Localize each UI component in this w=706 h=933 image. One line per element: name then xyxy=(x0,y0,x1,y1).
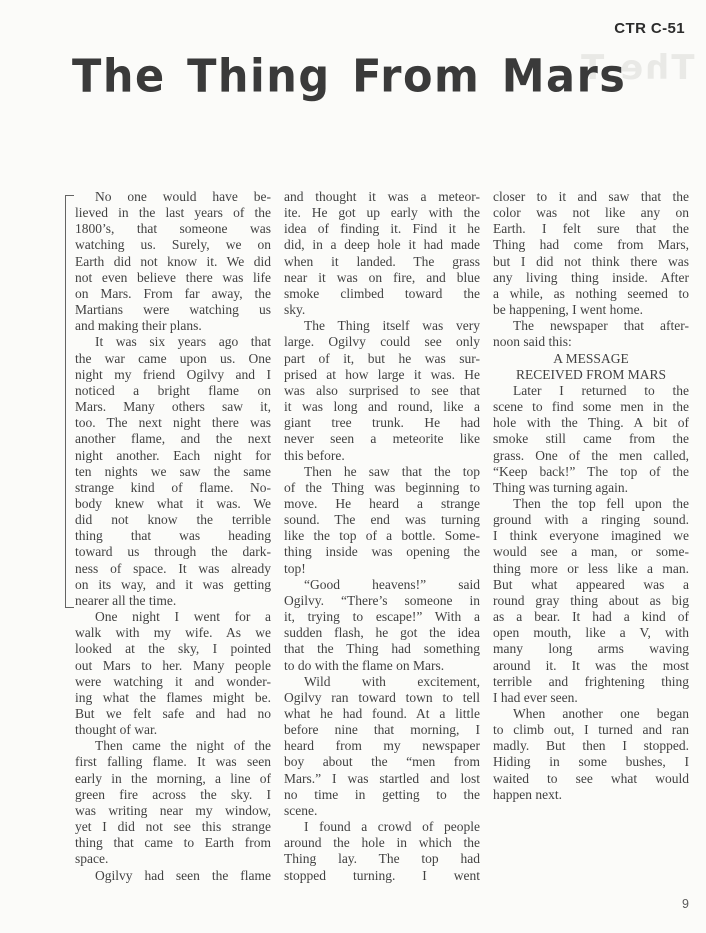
text-line: Martians were watching us xyxy=(75,302,271,318)
text-line: grass. One of the men called, xyxy=(493,448,689,464)
text-line: thought of war. xyxy=(75,722,271,738)
text-line: scene to find some men in the xyxy=(493,399,689,415)
text-line: prised at how large it was. He xyxy=(284,367,480,383)
text-line: many long arms waving xyxy=(493,641,689,657)
text-line: color was not like any on xyxy=(493,205,689,221)
text-line: looked at the sky, I pointed xyxy=(75,641,271,657)
text-line: giant tree trunk. He had xyxy=(284,415,480,431)
text-line: madly. But then I stopped. xyxy=(493,738,689,754)
text-line: large. Ogilvy could see only xyxy=(284,334,480,350)
text-line: But what appeared was a xyxy=(493,577,689,593)
paragraph: Then he saw that the topof the Thing was… xyxy=(284,464,480,577)
paragraph: The Thing itself was verylarge. Ogilvy c… xyxy=(284,318,480,463)
text-line: lieved in the last years of the xyxy=(75,205,271,221)
text-line: closer to it and saw that the xyxy=(493,189,689,205)
text-line: Earth. I felt sure that the xyxy=(493,221,689,237)
text-line: One night I went for a xyxy=(75,609,271,625)
text-line: Ogilvy had seen the flame xyxy=(75,868,271,884)
text-line: top! xyxy=(284,561,480,577)
text-line: too. The next night there was xyxy=(75,415,271,431)
column-2: and thought it was a meteor-ite. He got … xyxy=(284,189,480,884)
text-line: Thing lay. The top had xyxy=(284,851,480,867)
text-line: When another one began xyxy=(493,706,689,722)
text-columns: No one would have be-lieved in the last … xyxy=(75,189,690,884)
text-line: first falling flame. It was seen xyxy=(75,754,271,770)
paragraph: The newspaper that after-noon said this: xyxy=(493,318,689,350)
text-line: of the Thing was beginning to xyxy=(284,480,480,496)
text-line: “Good heavens!” said xyxy=(284,577,480,593)
excerpt-bracket xyxy=(65,195,74,608)
text-line: nearer all the time. xyxy=(75,593,271,609)
paragraph: Later I returned to thescene to find som… xyxy=(493,383,689,496)
text-line: on its way, and it was getting xyxy=(75,577,271,593)
text-line: on Mars. From far away, the xyxy=(75,286,271,302)
text-line: and thought it was a meteor- xyxy=(284,189,480,205)
text-line: this before. xyxy=(284,448,480,464)
text-line: night my friend Ogilvy and I xyxy=(75,367,271,383)
paragraph: and thought it was a meteor-ite. He got … xyxy=(284,189,480,318)
text-line: would see a man, or some- xyxy=(493,544,689,560)
text-line: open mouth, like a V, with xyxy=(493,625,689,641)
text-line: Mars.” I was startled and lost xyxy=(284,771,480,787)
page-number: 9 xyxy=(682,897,689,911)
text-line: ite. He got up early with the xyxy=(284,205,480,221)
text-line: as a bear. It had a kind of xyxy=(493,609,689,625)
text-line: But we felt safe and had no xyxy=(75,706,271,722)
text-line: Ogilvy ran toward town to tell xyxy=(284,690,480,706)
text-line: No one would have be- xyxy=(75,189,271,205)
text-line: around it. It was the most xyxy=(493,658,689,674)
text-line: Earth did not know it. We did xyxy=(75,254,271,270)
text-line: thing that was heading xyxy=(75,528,271,544)
text-line: toward us through the dark- xyxy=(75,544,271,560)
text-line: a while, as nothing seemed to xyxy=(493,286,689,302)
text-line: smoke climbed toward the xyxy=(284,286,480,302)
text-line: body knew what it was. We xyxy=(75,496,271,512)
text-line: near it was on fire, and blue xyxy=(284,270,480,286)
paragraph: Then the top fell upon theground with a … xyxy=(493,496,689,706)
text-line: around the hole in which the xyxy=(284,835,480,851)
text-line: Mars. Many others saw it, xyxy=(75,399,271,415)
text-line: sudden flash, he got the idea xyxy=(284,625,480,641)
text-line: move. He heard a strange xyxy=(284,496,480,512)
text-line: noticed a bright flame on xyxy=(75,383,271,399)
text-line: to climb out, I turned and ran xyxy=(493,722,689,738)
text-line: and making their plans. xyxy=(75,318,271,334)
text-line: scene. xyxy=(284,803,480,819)
text-line: smoke still came from the xyxy=(493,431,689,447)
text-line: Then the top fell upon the xyxy=(493,496,689,512)
text-line: I had ever seen. xyxy=(493,690,689,706)
text-line: when it landed. The grass xyxy=(284,254,480,270)
text-line: It was six years ago that xyxy=(75,334,271,350)
text-line: sky. xyxy=(284,302,480,318)
text-line: A MESSAGE xyxy=(493,351,689,367)
text-line: stopped turning. I went xyxy=(284,868,480,884)
text-line: out Mars to her. Many people xyxy=(75,658,271,674)
text-line: The newspaper that after- xyxy=(493,318,689,334)
text-line: Ogilvy. “There’s someone in xyxy=(284,593,480,609)
text-line: ten nights we saw the same xyxy=(75,464,271,480)
text-line: did not know the terrible xyxy=(75,512,271,528)
text-line: thing that came to Earth from xyxy=(75,835,271,851)
text-line: night another. Each night for xyxy=(75,448,271,464)
text-line: heard from my newspaper xyxy=(284,738,480,754)
paragraph: When another one beganto climb out, I tu… xyxy=(493,706,689,803)
text-line: green fire across the sky. I xyxy=(75,787,271,803)
text-line: sound. The end was turning xyxy=(284,512,480,528)
text-line: hole with the Thing. A bit of xyxy=(493,415,689,431)
text-line: never seen a meteorite like xyxy=(284,431,480,447)
text-line: to do with the flame on Mars. xyxy=(284,658,480,674)
column-1: No one would have be-lieved in the last … xyxy=(75,189,271,884)
text-line: that the Thing had something xyxy=(284,641,480,657)
text-line: strange kind of flame. No- xyxy=(75,480,271,496)
text-line: walk with my wife. As we xyxy=(75,625,271,641)
text-line: be happening, I went home. xyxy=(493,302,689,318)
text-line: waited to see what would xyxy=(493,771,689,787)
text-line: Thing had come from Mars, xyxy=(493,237,689,253)
text-line: like the top of a bottle. Some- xyxy=(284,528,480,544)
text-line: no time in getting to the xyxy=(284,787,480,803)
doc-code: CTR C-51 xyxy=(614,20,685,37)
text-line: part of it, but he was sur- xyxy=(284,351,480,367)
text-line: Wild with excitement, xyxy=(284,674,480,690)
text-line: happen next. xyxy=(493,787,689,803)
text-line: was also surprised to see that xyxy=(284,383,480,399)
text-line: thing inside was opening the xyxy=(284,544,480,560)
text-line: ground with a ringing sound. xyxy=(493,512,689,528)
text-line: what he had found. At a little xyxy=(284,706,480,722)
text-line: The Thing itself was very xyxy=(284,318,480,334)
text-line: any living thing inside. After xyxy=(493,270,689,286)
text-line: idea of finding it. Find it he xyxy=(284,221,480,237)
text-line: another flame, and the next xyxy=(75,431,271,447)
paragraph: One night I went for awalk with my wife.… xyxy=(75,609,271,738)
text-line: yet I did not see this strange xyxy=(75,819,271,835)
text-line: thing more or less like a man. xyxy=(493,561,689,577)
text-line: early in the morning, a line of xyxy=(75,771,271,787)
text-line: Thing was turning again. xyxy=(493,480,689,496)
text-line: did, in a deep hole it had made xyxy=(284,237,480,253)
paragraph: Wild with excitement,Ogilvy ran toward t… xyxy=(284,674,480,819)
text-line: before nine that morning, I xyxy=(284,722,480,738)
text-line: Hiding in some bushes, I xyxy=(493,754,689,770)
page-title: The Thing From Mars xyxy=(72,50,626,103)
scanned-page: CTR C-51 The T The Thing From Mars No on… xyxy=(0,0,706,933)
paragraph: I found a crowd of peoplearound the hole… xyxy=(284,819,480,884)
text-line: but I did not think there was xyxy=(493,254,689,270)
text-line: RECEIVED FROM MARS xyxy=(493,367,689,383)
paragraph: Then came the night of thefirst falling … xyxy=(75,738,271,867)
text-line: “Keep back!” The top of the xyxy=(493,464,689,480)
text-line: not even believe there was life xyxy=(75,270,271,286)
text-line: noon said this: xyxy=(493,334,689,350)
text-line: round gray thing about as big xyxy=(493,593,689,609)
text-line: it, trying to escape!” With a xyxy=(284,609,480,625)
paragraph: closer to it and saw that thecolor was n… xyxy=(493,189,689,318)
text-line: Later I returned to the xyxy=(493,383,689,399)
text-line: ing what the flames might be. xyxy=(75,690,271,706)
text-line: the war came upon us. One xyxy=(75,351,271,367)
paragraph: A MESSAGERECEIVED FROM MARS xyxy=(493,351,689,383)
text-line: 1800’s, that someone was xyxy=(75,221,271,237)
text-line: I found a crowd of people xyxy=(284,819,480,835)
paragraph: Ogilvy had seen the flame xyxy=(75,868,271,884)
text-line: watching us. Surely, we on xyxy=(75,237,271,253)
text-line: boy about the “men from xyxy=(284,754,480,770)
text-line: it was long and round, like a xyxy=(284,399,480,415)
paragraph: “Good heavens!” saidOgilvy. “There’s som… xyxy=(284,577,480,674)
text-line: ness of space. It was already xyxy=(75,561,271,577)
paragraph: It was six years ago thatthe war came up… xyxy=(75,334,271,609)
text-line: space. xyxy=(75,851,271,867)
text-line: terrible and frightening thing xyxy=(493,674,689,690)
text-line: I think everyone imagined we xyxy=(493,528,689,544)
text-line: was writing near my window, xyxy=(75,803,271,819)
text-line: Then he saw that the top xyxy=(284,464,480,480)
text-line: Then came the night of the xyxy=(75,738,271,754)
text-line: were watching it and wonder- xyxy=(75,674,271,690)
paragraph: No one would have be-lieved in the last … xyxy=(75,189,271,334)
column-3: closer to it and saw that thecolor was n… xyxy=(493,189,689,884)
